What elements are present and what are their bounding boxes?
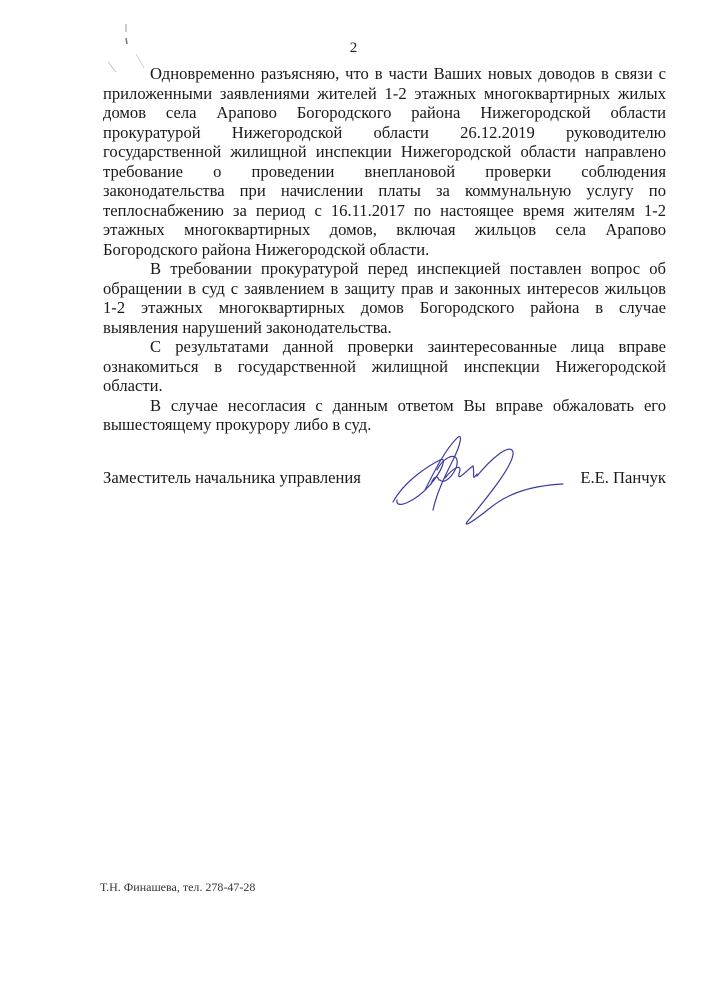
text-line: В случае несогласия с данным ответом Вы … [103, 396, 666, 416]
text-line: приложенными заявлениями жителей 1-2 эта… [103, 84, 666, 104]
text-line: Богородского района Нижегородской област… [103, 240, 666, 260]
page-number: 2 [0, 40, 707, 57]
paragraph-2: В требовании прокуратурой перед инспекци… [103, 259, 666, 337]
text-line: законодательства при начислении платы за… [103, 181, 666, 201]
paragraph-3: С результатами данной проверки заинтерес… [103, 337, 666, 396]
text-line: выявления нарушений законодательства. [103, 318, 666, 338]
handwritten-signature-icon [385, 430, 565, 530]
text-line: области. [103, 376, 666, 396]
executor-contact: Т.Н. Финашева, тел. 278-47-28 [100, 880, 255, 895]
text-line: требование о проведении внеплановой пров… [103, 162, 666, 182]
paragraph-4: В случае несогласия с данным ответом Вы … [103, 396, 666, 435]
text-line: этажных многоквартирных домов, включая ж… [103, 220, 666, 240]
letter-body: Одновременно разъясняю, что в части Ваши… [103, 64, 666, 435]
signer-title: Заместитель начальника управления [103, 468, 361, 488]
text-line: Одновременно разъясняю, что в части Ваши… [103, 64, 666, 84]
text-line: теплоснабжению за период с 16.11.2017 по… [103, 201, 666, 221]
text-line: прокуратурой Нижегородской области 26.12… [103, 123, 666, 143]
paragraph-1: Одновременно разъясняю, что в части Ваши… [103, 64, 666, 259]
text-line: обращении в суд с заявлением в защиту пр… [103, 279, 666, 299]
document-page: 2 Одновременно разъясняю, что в части Ва… [0, 0, 707, 1000]
text-line: ознакомиться в государственной жилищной … [103, 357, 666, 377]
text-line: С результатами данной проверки заинтерес… [103, 337, 666, 357]
text-line: домов села Арапово Богородского района Н… [103, 103, 666, 123]
text-line: государственной жилищной инспекции Нижег… [103, 142, 666, 162]
signer-name: Е.Е. Панчук [580, 468, 666, 488]
text-line: 1-2 этажных многоквартирных домов Богоро… [103, 298, 666, 318]
text-line: В требовании прокуратурой перед инспекци… [103, 259, 666, 279]
